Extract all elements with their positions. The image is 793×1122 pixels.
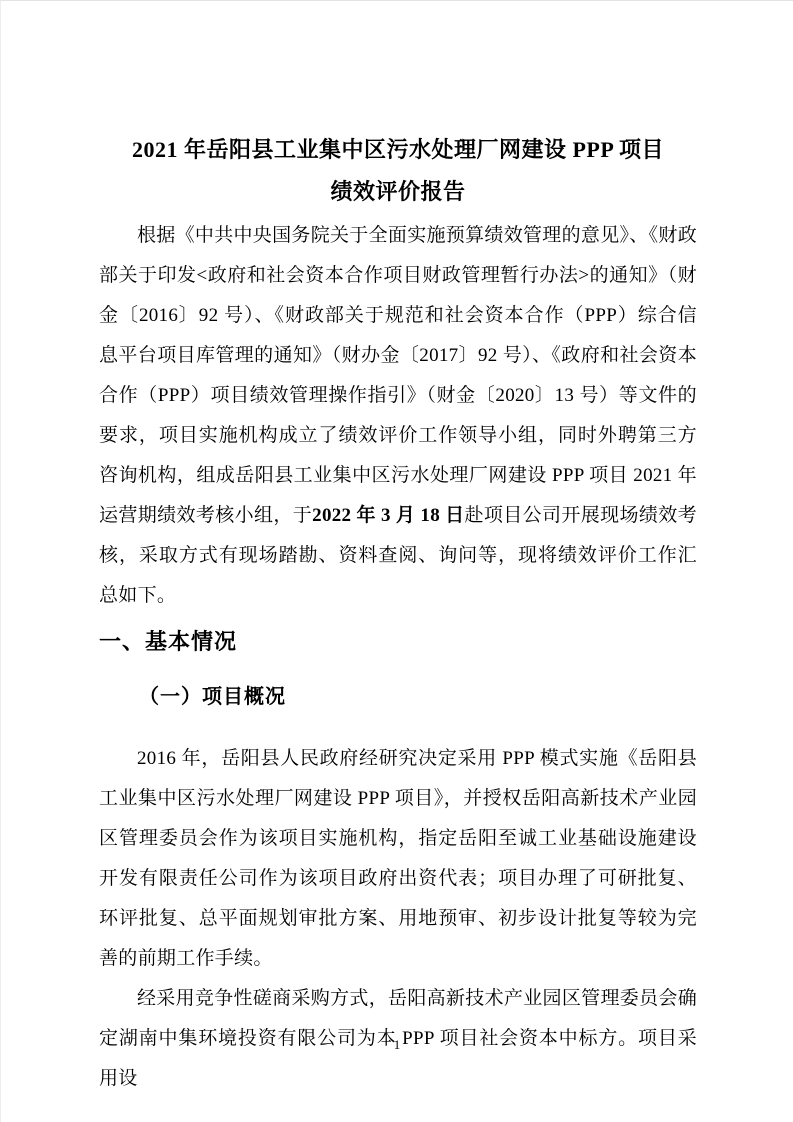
subsection-heading-project-overview: （一）项目概况 — [99, 677, 697, 717]
document-title-line1: 2021 年岳阳县工业集中区污水处理厂网建设 PPP 项目 — [99, 129, 697, 171]
document-title-line2: 绩效评价报告 — [99, 171, 697, 213]
document-page: 2021 年岳阳县工业集中区污水处理厂网建设 PPP 项目 绩效评价报告 根据《… — [0, 0, 793, 1122]
intro-text-pre: 根据《中共中央国务院关于全面实施预算绩效管理的意见》、《财政部关于印发<政府和社… — [99, 225, 697, 526]
section-heading-basic-info: 一、基本情况 — [99, 621, 697, 663]
page-number: 1 — [1, 1037, 793, 1053]
document-title: 2021 年岳阳县工业集中区污水处理厂网建设 PPP 项目 绩效评价报告 — [99, 1, 697, 213]
intro-bold-date: 2022 年 3 月 18 日 — [312, 505, 464, 526]
project-overview-paragraph-1: 2016 年，岳阳县人民政府经研究决定采用 PPP 模式实施《岳阳县工业集中区污… — [99, 739, 697, 979]
page-content: 2021 年岳阳县工业集中区污水处理厂网建设 PPP 项目 绩效评价报告 根据《… — [99, 1, 697, 1099]
intro-paragraph: 根据《中共中央国务院关于全面实施预算绩效管理的意见》、《财政部关于印发<政府和社… — [99, 216, 697, 616]
